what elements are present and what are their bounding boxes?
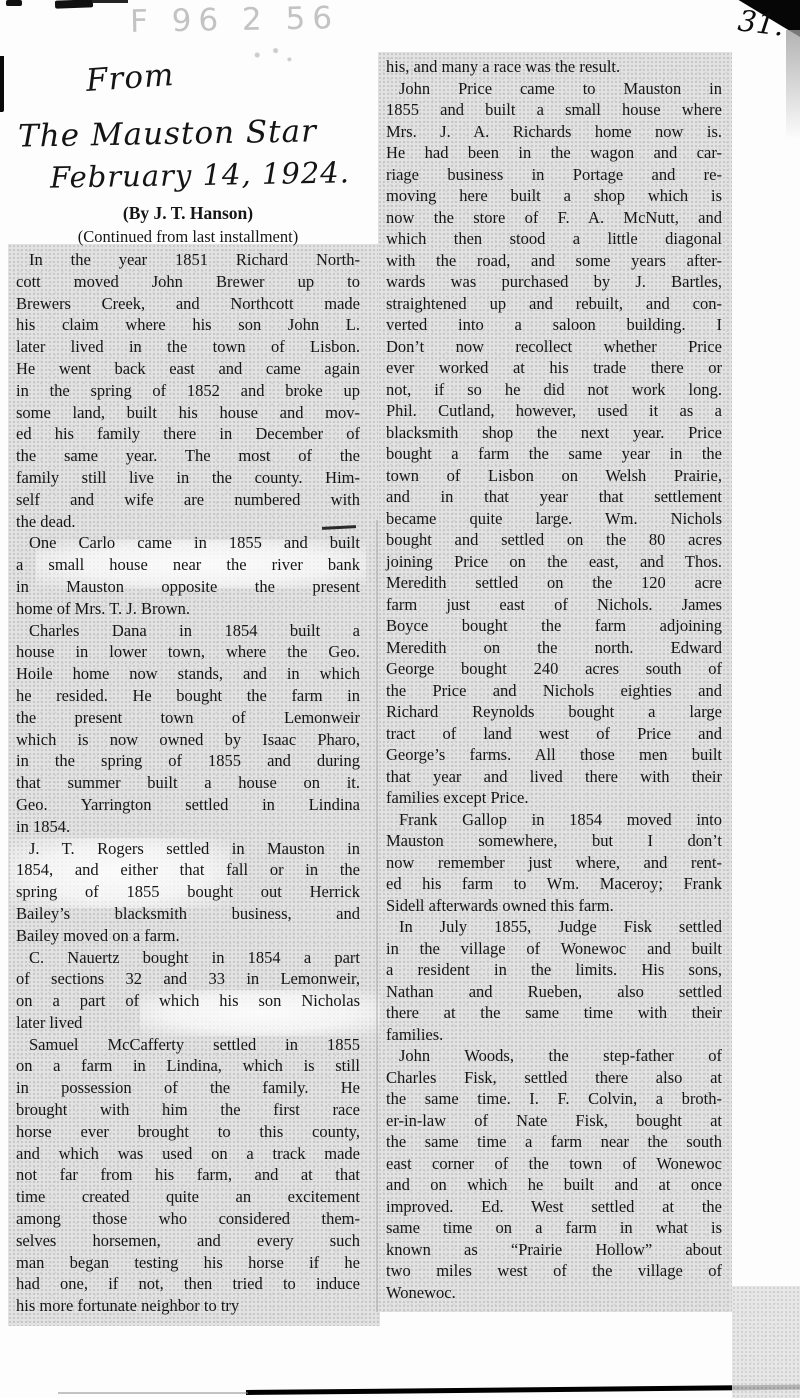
article-line: same time on a farm in what is <box>386 1217 722 1239</box>
article-line: his claim where his son John L. <box>16 314 360 336</box>
bottom-scan-dust <box>58 1392 248 1394</box>
article-line: and on which he built and at once <box>386 1174 722 1196</box>
article-line: Boyce bought the farm adjoining <box>386 615 722 637</box>
scan-smudge <box>6 0 22 6</box>
left-column-text: In the year 1851 Richard North-cott move… <box>16 249 360 1317</box>
article-line: cott moved John Brewer up to <box>16 271 360 293</box>
article-line: straightened up and rebuilt, and con- <box>386 293 722 315</box>
article-line: the same year. The most of the <box>16 445 360 467</box>
article-line: Frank Gallop in 1854 moved into <box>386 809 722 831</box>
article-line: house in lower town, where the Geo. <box>16 641 360 663</box>
article-line: verted into a saloon building. I <box>386 314 722 336</box>
article-line: on a part of which his son Nicholas <box>16 990 360 1012</box>
article-line: later lived in the town of Lisbon. <box>16 336 360 358</box>
article-line: two miles west of the village of <box>386 1260 722 1282</box>
article-line: later lived <box>16 1012 360 1034</box>
article-line: home of Mrs. T. J. Brown. <box>16 598 360 620</box>
article-line: and which was used on a track made <box>16 1143 360 1165</box>
article-line: in Mauston opposite the present <box>16 576 360 598</box>
column-divider-line <box>376 520 378 1312</box>
article-line: in the spring of 1855 and during <box>16 750 360 772</box>
article-line: families. <box>386 1024 722 1046</box>
article-line: He went back east and came again <box>16 358 360 380</box>
article-line: the same time. I. F. Colvin, a broth- <box>386 1088 722 1110</box>
article-line: that summer built a house on it. <box>16 772 360 794</box>
article-line: farm just east of Nichols. James <box>386 594 722 616</box>
article-line: the Price and Nichols eighties and <box>386 680 722 702</box>
article-line: Meredith on the north. Edward <box>386 637 722 659</box>
article-line: became quite large. Wm. Nichols <box>386 508 722 530</box>
article-line: Charles Dana in 1854 built a <box>16 620 360 642</box>
article-line: some land, built his house and mov- <box>16 402 360 424</box>
article-line: Phil. Cutland, however, used it as a <box>386 400 722 422</box>
article-line: family still live in the county. Him- <box>16 467 360 489</box>
article-line: which then stood a little diagonal <box>386 228 722 250</box>
article-line: er-in-law of Nate Fisk, bought at <box>386 1110 722 1132</box>
article-line: bought and settled on the 80 acres <box>386 529 722 551</box>
article-line: ed his family there in December of <box>16 423 360 445</box>
article-line: not, if so he did not work long. <box>386 379 722 401</box>
article-line: 1854, and either that fall or in the <box>16 859 360 881</box>
article-line: his more fortunate neighbor to try <box>16 1295 360 1317</box>
article-line: brought with him the first race <box>16 1099 360 1121</box>
article-line: John Woods, the step-father of <box>386 1045 722 1067</box>
article-line: selves horsemen, and every such <box>16 1230 360 1252</box>
handwritten-from: From <box>85 57 176 99</box>
article-line: Mrs. J. A. Richards home now is. <box>386 121 722 143</box>
article-line: on a farm in Lindina, which is still <box>16 1055 360 1077</box>
article-line: in the village of Wonewoc and built <box>386 938 722 960</box>
article-line: riage business in Portage and re- <box>386 164 722 186</box>
scan-edge-mark <box>0 56 4 112</box>
pencil-scribble <box>248 44 294 66</box>
article-line: 1855 and built a small house where <box>386 99 722 121</box>
article-line: Mauston somewhere, but I don’t <box>386 830 722 852</box>
article-paragraph: Frank Gallop in 1854 moved intoMauston s… <box>386 809 722 917</box>
article-line: improved. Ed. West settled at the <box>386 1196 722 1218</box>
handwritten-date: February 14, 1924. <box>50 155 350 194</box>
page-corner-shadow <box>786 30 800 140</box>
article-line: Bailey moved on a farm. <box>16 925 360 947</box>
pencil-catalog-note: F 96 2 56 <box>130 0 340 40</box>
article-line: Sidell afterwards owned this farm. <box>386 895 722 917</box>
article-line: Hoile home now stands, and in which <box>16 663 360 685</box>
article-paragraph: Samuel McCafferty settled in 1855on a fa… <box>16 1034 360 1317</box>
article-line: that year and lived there with their <box>386 766 722 788</box>
article-line: Richard Reynolds bought a large <box>386 701 722 723</box>
bottom-right-scan-noise <box>732 1286 800 1398</box>
article-left-column: (By J. T. Hanson) (Continued from last i… <box>16 202 360 1317</box>
article-paragraph: his, and many a race was the result. <box>386 56 722 78</box>
article-paragraph: John Woods, the step-father ofCharles Fi… <box>386 1045 722 1303</box>
article-line: there at the same time with their <box>386 1002 722 1024</box>
article-line: east corner of the town of Wonewoc <box>386 1153 722 1175</box>
article-line: horse ever brought to this county, <box>16 1121 360 1143</box>
article-line: wards was purchased by J. Bartles, <box>386 271 722 293</box>
article-line: a small house near the river bank <box>16 554 360 576</box>
article-line: J. T. Rogers settled in Mauston in <box>16 838 360 860</box>
article-paragraph: John Price came to Mauston in1855 and bu… <box>386 78 722 809</box>
article-paragraph: J. T. Rogers settled in Mauston in1854, … <box>16 838 360 947</box>
article-line: time created quite an excitement <box>16 1186 360 1208</box>
article-continuation-note: (Continued from last installment) <box>16 225 360 248</box>
article-line: Geo. Yarrington settled in Lindina <box>16 794 360 816</box>
article-line: He had been in the wagon and car- <box>386 142 722 164</box>
article-line: not far from his farm, and at that <box>16 1164 360 1186</box>
article-paragraph: One Carlo came in 1855 and builta small … <box>16 532 360 619</box>
article-byline: (By J. T. Hanson) <box>16 202 360 225</box>
article-line: he resided. He bought the farm in <box>16 685 360 707</box>
article-line: now the store of F. A. McNutt, and <box>386 207 722 229</box>
article-line: George’s farms. All those men built <box>386 744 722 766</box>
article-line: Nathan and Rueben, also settled <box>386 981 722 1003</box>
article-line: man began testing his horse if he <box>16 1252 360 1274</box>
article-paragraph: C. Nauertz bought in 1854 a partof secti… <box>16 947 360 1034</box>
article-line: Samuel McCafferty settled in 1855 <box>16 1034 360 1056</box>
article-line: the same time a farm near the south <box>386 1131 722 1153</box>
article-line: known as “Prairie Hollow” about <box>386 1239 722 1261</box>
article-line: blacksmith shop the next year. Price <box>386 422 722 444</box>
article-line: moving here built a shop which is <box>386 185 722 207</box>
scan-smudge <box>55 0 93 9</box>
article-line: now remember just where, and rent- <box>386 852 722 874</box>
article-line: of sections 32 and 33 in Lemonweir, <box>16 968 360 990</box>
article-line: tract of land west of Price and <box>386 723 722 745</box>
article-line: with the road, and some years after- <box>386 250 722 272</box>
article-line: Meredith settled on the 120 acre <box>386 572 722 594</box>
article-line: a resident in the limits. His sons, <box>386 959 722 981</box>
article-line: C. Nauertz bought in 1854 a part <box>16 947 360 969</box>
article-line: in 1854. <box>16 816 360 838</box>
article-right-column: his, and many a race was the result.John… <box>386 56 722 1303</box>
scanned-newspaper-page: 31. F 96 2 56 From The Mauston Star Febr… <box>0 0 800 1398</box>
article-line: John Price came to Mauston in <box>386 78 722 100</box>
article-paragraph: Charles Dana in 1854 built ahouse in low… <box>16 620 360 838</box>
right-column-text: his, and many a race was the result.John… <box>386 56 722 1303</box>
article-line: spring of 1855 bought out Herrick <box>16 881 360 903</box>
article-line: Bailey’s blacksmith business, and <box>16 903 360 925</box>
article-line: his, and many a race was the result. <box>386 56 722 78</box>
article-line: In July 1855, Judge Fisk settled <box>386 916 722 938</box>
article-line: self and wife are numbered with <box>16 489 360 511</box>
article-line: Don’t now recollect whether Price <box>386 336 722 358</box>
article-line: in possession of the family. He <box>16 1077 360 1099</box>
article-line: Charles Fisk, settled there also at <box>386 1067 722 1089</box>
article-line: had one, if not, then tried to induce <box>16 1273 360 1295</box>
article-paragraph: In July 1855, Judge Fisk settledin the v… <box>386 916 722 1045</box>
article-line: In the year 1851 Richard North- <box>16 249 360 271</box>
article-line: Brewers Creek, and Northcott made <box>16 293 360 315</box>
article-line: and in that year that settlement <box>386 486 722 508</box>
article-line: town of Lisbon on Welsh Prairie, <box>386 465 722 487</box>
article-line: bought a farm the same year in the <box>386 443 722 465</box>
article-line: families except Price. <box>386 787 722 809</box>
page-number: 31. <box>736 3 786 42</box>
article-line: ever worked at his trade there or <box>386 357 722 379</box>
article-line: ed his farm to Wm. Maceroy; Frank <box>386 873 722 895</box>
handwritten-source-title: The Mauston Star <box>18 113 317 154</box>
article-line: which is now owned by Isaac Pharo, <box>16 729 360 751</box>
article-line: in the spring of 1852 and broke up <box>16 380 360 402</box>
article-line: Wonewoc. <box>386 1282 722 1304</box>
article-line: the present town of Lemonweir <box>16 707 360 729</box>
bottom-scan-line <box>246 1385 800 1395</box>
article-paragraph: In the year 1851 Richard North-cott move… <box>16 249 360 532</box>
article-line: George bought 240 acres south of <box>386 658 722 680</box>
article-line: among those who considered them- <box>16 1208 360 1230</box>
article-line: joining Price on the east, and Thos. <box>386 551 722 573</box>
article-line: the dead. <box>16 511 360 533</box>
scan-smudge <box>92 0 128 3</box>
article-line: One Carlo came in 1855 and built <box>16 532 360 554</box>
